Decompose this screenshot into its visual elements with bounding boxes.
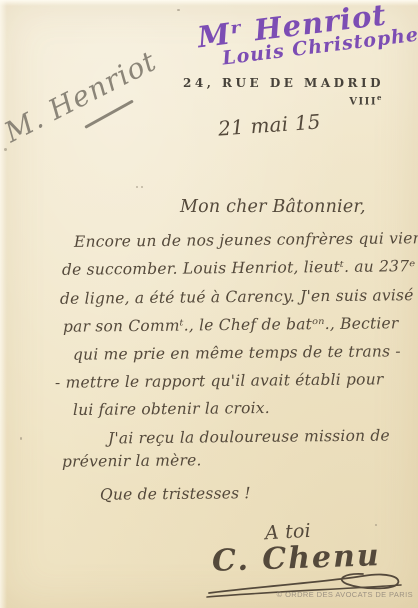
paper-speck <box>20 437 22 440</box>
scanned-letter: Mʳ Henriot Louis Christophe M. Henriot 2… <box>0 0 418 608</box>
body-line: prévenir la mère. <box>62 451 202 470</box>
body-line: lui faire obtenir la croix. <box>73 399 270 419</box>
scan-edge-left <box>0 0 7 608</box>
body-line: de succomber. Louis Henriot, lieutᵗ. au … <box>62 257 416 279</box>
body-line: de ligne, a été tué à Carency. J'en suis… <box>60 286 414 308</box>
paper-speck <box>141 186 143 188</box>
purple-ink-annotation: Mʳ Henriot Louis Christophe <box>196 0 418 71</box>
paper-speck <box>375 524 377 526</box>
paper-speck <box>177 9 180 11</box>
signature: C. Chenu <box>211 538 381 579</box>
salutation: Mon cher Bâtonnier, <box>180 197 366 217</box>
pencil-annotation: M. Henriot <box>0 44 162 149</box>
archive-credit: © ORDRE DES AVOCATS DE PARIS <box>277 590 413 599</box>
body-line: Que de tristesses ! <box>100 484 251 504</box>
letterhead-address: 24, RUE DE MADRID <box>183 76 395 90</box>
body-line: J'ai reçu la douloureuse mission de <box>108 427 390 448</box>
paper-speck <box>4 148 7 151</box>
body-line: qui me prie en même temps de te trans - <box>73 342 401 363</box>
body-line: Encore un de nos jeunes confrères qui vi… <box>74 229 418 251</box>
body-line: - mettre le rapport qu'il avait établi p… <box>55 370 384 391</box>
body-line: par son Commᵗ., le Chef de batᵒⁿ., Becti… <box>63 314 399 336</box>
district-ordinal-suffix: e <box>377 93 383 102</box>
letterhead-district: VIIIe <box>183 93 383 107</box>
letter-date: 21 mai 15 <box>217 109 321 140</box>
paper-speck <box>136 186 138 188</box>
district-numeral: VIII <box>349 96 377 107</box>
